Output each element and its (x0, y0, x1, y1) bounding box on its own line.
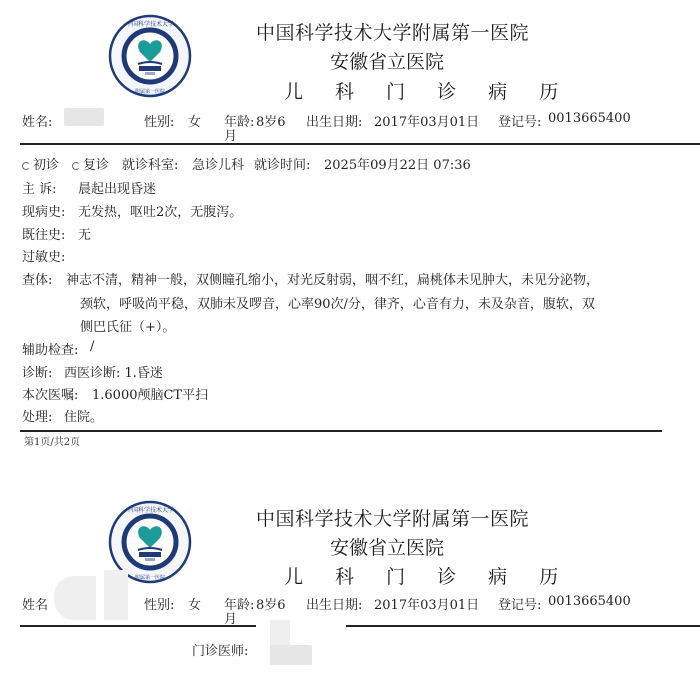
hospital-emblem-icon: 中国科学技术大学 附属第一医院 (108, 14, 192, 98)
diagnosis-label: 诊断: (22, 362, 52, 381)
hospital-name: 中国科学技术大学附属第一医院 (256, 504, 529, 531)
reg-label: 登记号: (498, 111, 541, 130)
exam-line-3: 侧巴氏征（+）。 (80, 316, 175, 335)
return-visit-option[interactable]: 复诊 (72, 154, 109, 173)
hospital-alt-name: 安徽省立医院 (330, 47, 444, 74)
radio-icon (22, 162, 30, 170)
past-history-label: 既往史: (22, 224, 65, 243)
reg-label: 登记号: (498, 594, 541, 613)
treatment: 住院。 (64, 406, 103, 425)
dob-label: 出生日期: (306, 594, 362, 613)
redaction-smear (270, 620, 290, 648)
present-illness-label: 现病史: (22, 201, 65, 220)
gender-label: 性别: (144, 111, 174, 130)
svg-text:中国科学技术大学: 中国科学技术大学 (126, 506, 174, 514)
aux-exam-label: 辅助检查: (22, 339, 78, 358)
chief-complaint-label: 主 诉: (22, 178, 57, 197)
exam-line-2: 颈软，呼吸尚平稳，双肺未及啰音，心率90次/分，律齐，心音有力，未及杂音，腹软，… (80, 293, 595, 312)
present-illness: 无发热，呕吐2次，无腹泻。 (78, 201, 242, 220)
record-title: 儿 科 门 诊 病 历 (284, 562, 571, 589)
svg-text:中国科学技术大学: 中国科学技术大学 (126, 20, 174, 28)
age-value-wrap: 月 (224, 125, 237, 144)
allergy-label: 过敏史: (22, 246, 65, 265)
age-value: 8岁6 (256, 594, 286, 613)
svg-text:附属第一医院: 附属第一医院 (135, 88, 165, 95)
svg-text:附属第一医院: 附属第一医院 (135, 574, 165, 581)
orders: 1.6000颅脑CT平扫 (92, 384, 208, 403)
orders-label: 本次医嘱: (22, 384, 78, 403)
past-history: 无 (78, 224, 91, 243)
redacted-name (54, 576, 96, 620)
dob-value: 2017年03月01日 (374, 111, 479, 130)
hospital-name: 中国科学技术大学附属第一医院 (256, 18, 529, 45)
page-indicator: 第1页/共2页 (24, 433, 80, 448)
dept-label: 就诊科室: (122, 154, 178, 173)
header-divider-right (346, 625, 700, 627)
redaction-smear (104, 570, 128, 620)
gender-value: 女 (188, 594, 201, 613)
age-value: 8岁6 (256, 111, 286, 130)
footer-divider (20, 430, 662, 432)
reg-value: 0013665400 (548, 111, 631, 126)
header-divider (20, 143, 700, 145)
hospital-alt-name: 安徽省立医院 (330, 533, 444, 560)
first-visit-option[interactable]: 初诊 (22, 154, 59, 173)
reg-value: 0013665400 (548, 594, 631, 609)
time-label: 就诊时间: (254, 154, 310, 173)
name-label: 姓名 (22, 594, 48, 613)
gender-value: 女 (188, 111, 201, 130)
name-label: 姓名: (22, 111, 52, 130)
header-divider-left (20, 625, 256, 627)
diagnosis: 西医诊断: 1.昏迷 (64, 362, 163, 381)
dob-value: 2017年03月01日 (374, 594, 479, 613)
chief-complaint: 晨起出现昏迷 (78, 178, 156, 197)
redacted-name (64, 108, 104, 126)
exam-line-1: 神志不清，精神一般，双侧瞳孔缩小，对光反射弱，咽不红，扁桃体未见肿大，未见分泌物… (66, 269, 599, 288)
record-title: 儿 科 门 诊 病 历 (284, 77, 571, 104)
redacted-doctor-name (270, 645, 312, 665)
dept-value: 急诊儿科 (192, 154, 244, 173)
radio-icon (72, 162, 80, 170)
gender-label: 性别: (144, 594, 174, 613)
treatment-label: 处理: (22, 406, 52, 425)
dob-label: 出生日期: (306, 111, 362, 130)
doctor-label: 门诊医师: (192, 640, 248, 659)
time-value: 2025年09月22日 07:36 (324, 154, 471, 173)
exam-label: 查体: (22, 269, 52, 288)
aux-exam: / (90, 339, 94, 354)
